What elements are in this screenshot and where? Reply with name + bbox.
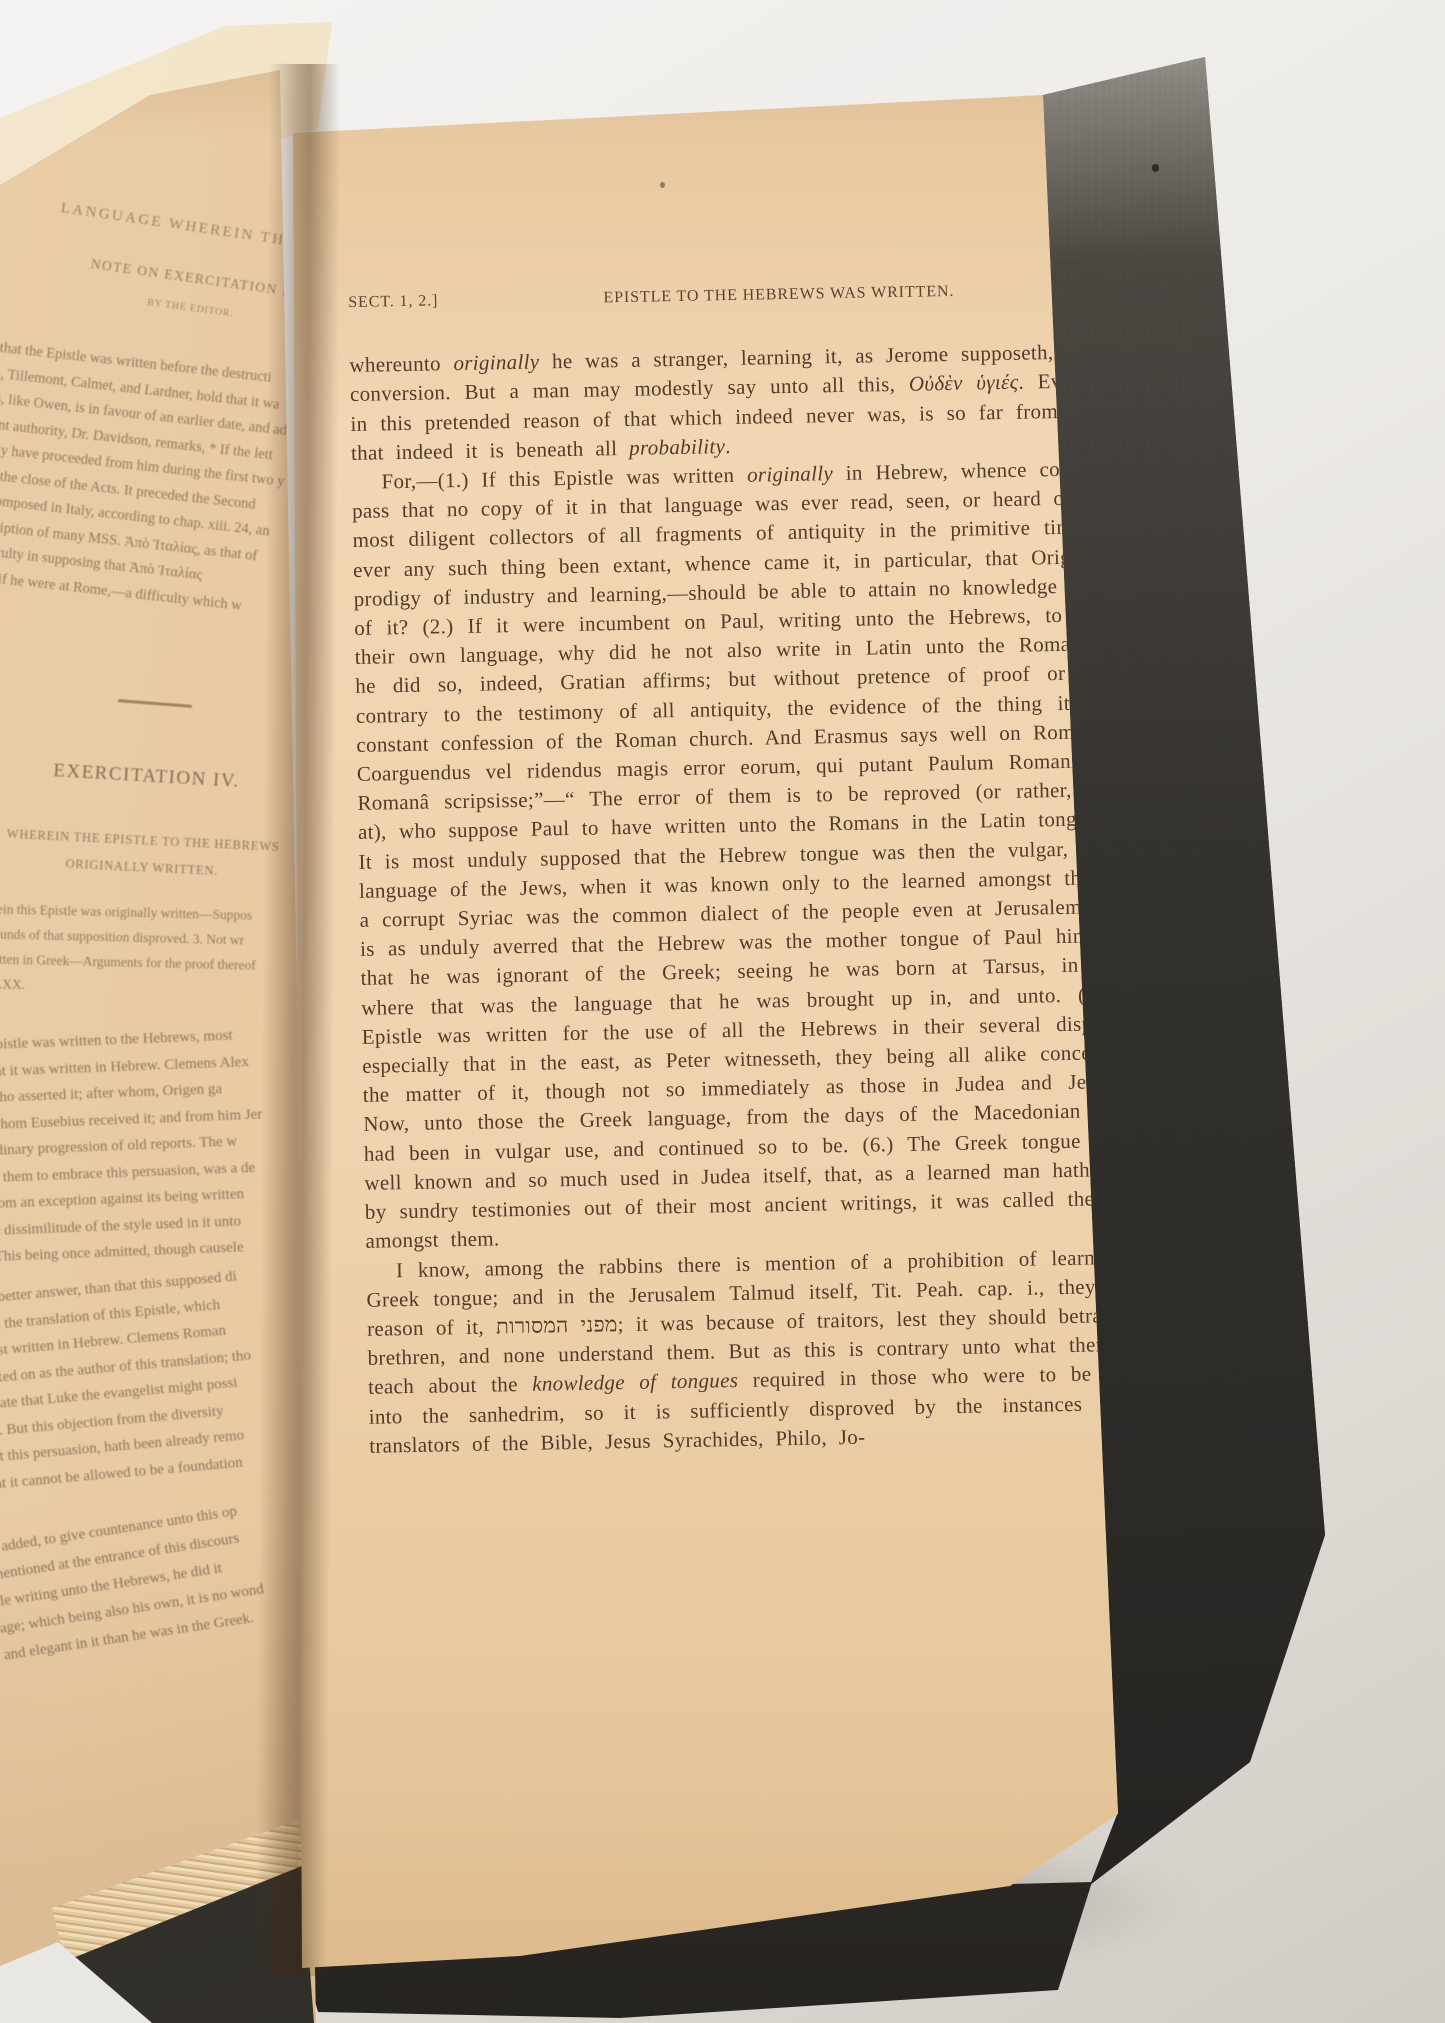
text-line: d them to embrace this persuasion, was a… xyxy=(0,1154,265,1191)
text-line: ings, like Owen, is in favour of an earl… xyxy=(0,385,291,445)
text-line: he LXX. xyxy=(0,971,255,1003)
paragraph: For,—(1.) If this Epistle was written or… xyxy=(351,453,1163,1256)
left-note-byline: BY THE EDITOR. xyxy=(147,298,234,319)
text-line: tle writing unto the Hebrews, he did it xyxy=(0,1550,262,1617)
text-line: rdinary progression of old reports. The … xyxy=(0,1127,264,1164)
text-line: whom Eusebius received it; and from him … xyxy=(0,1101,263,1138)
text-line: at it cannot be allowed to be a foundati… xyxy=(0,1448,261,1498)
left-body-text-lower: no better answer, than that this suppose… xyxy=(0,1263,261,1497)
text-line: ose composed in Italy, according to chap… xyxy=(0,486,280,546)
left-exercitation-heading: EXERCITATION IV. xyxy=(53,760,241,793)
text-line: This being once admitted, though causele xyxy=(0,1233,268,1270)
text-line: ed at the close of the Acts. It preceded… xyxy=(0,461,283,521)
text-line: mentioned at the entrance of this discou… xyxy=(0,1523,258,1590)
text-line: d only have proceeded from him during th… xyxy=(0,435,286,495)
text-line: e dissimilitude of the style used in it … xyxy=(0,1207,267,1244)
text-line: om the translation of this Epistle, whic… xyxy=(0,1289,247,1339)
paper-fleck xyxy=(1152,164,1159,172)
paper-fleck xyxy=(660,182,665,188)
left-closing-text: is added, to give countenance unto this … xyxy=(0,1496,270,1669)
running-title: EPISTLE TO THE HEBREWS WAS WRITTEN. xyxy=(438,274,1120,316)
left-exercitation-subtitle: WHEREIN THE EPISTLE TO THE HEBREWSORIGIN… xyxy=(0,820,294,889)
text-line: at this persuasion, hath been already re… xyxy=(0,1421,259,1471)
book-photo: LANGUAGE WHEREIN THE NOTE ON EXERCITATIO… xyxy=(0,0,1445,2023)
text-line: Epistle was written to the Hebrews, most xyxy=(0,1022,260,1059)
paragraph: I know, among the rabbins there is menti… xyxy=(366,1242,1168,1461)
left-body-text-upper: Epistle was written to the Hebrews, most… xyxy=(0,1022,268,1271)
section-rule xyxy=(118,699,192,708)
text-line: herein this Epistle was originally writt… xyxy=(0,896,257,928)
text-line: subscription of many MSS. Ἀπὸ Ἰταλίας, a… xyxy=(0,511,277,571)
left-note-text: ed that the Epistle was written before t… xyxy=(0,334,297,622)
text-line: a difficulty in supposing that Ἀπὸ Ἰταλί… xyxy=(0,537,275,597)
text-line: is added, to give countenance unto this … xyxy=(0,1496,254,1563)
text-line: WHEREIN THE EPISTLE TO THE HEBREWS xyxy=(0,820,294,862)
text-line: stin, Tillemont, Calmet, and Lardner, ho… xyxy=(0,359,294,419)
text-line: author if he were at Rome,—a difficulty … xyxy=(0,562,272,622)
section-label: SECT. 1, 2.] xyxy=(348,286,439,317)
text-line: ORIGINALLY WRITTEN. xyxy=(0,847,292,889)
text-line: age; which being also his own, it is no … xyxy=(0,1576,266,1643)
page-header: SECT. 1, 2.] EPISTLE TO THE HEBREWS WAS … xyxy=(348,273,1146,317)
text-line: Written in Greek—Arguments for the proof… xyxy=(0,946,256,978)
text-line: ed that the Epistle was written before t… xyxy=(0,334,297,394)
text-line: Grounds of that supposition disproved. 3… xyxy=(0,921,257,953)
left-summary-text: herein this Epistle was originally writt… xyxy=(0,896,257,1003)
text-line: who asserted it; after whom, Origen ga xyxy=(0,1074,262,1111)
text-line: no better answer, than that this suppose… xyxy=(0,1263,245,1313)
text-line: and elegant in it than he was in the Gre… xyxy=(2,1603,270,1670)
body-text: whereunto originally he was a stranger, … xyxy=(349,337,1167,1461)
text-line: mate that Luke the evangelist might poss… xyxy=(0,1368,254,1418)
text-line: rom an exception against its being writt… xyxy=(0,1180,266,1217)
text-line: recent authority, Dr. Davidson, remarks,… xyxy=(0,410,289,470)
text-line: fixed on as the author of this translati… xyxy=(0,1342,252,1392)
text-line: first written in Hebrew. Clemens Roman xyxy=(0,1316,250,1366)
text-line: it. But this objection from the diversit… xyxy=(0,1395,257,1445)
left-running-header: LANGUAGE WHEREIN THE xyxy=(60,200,299,251)
gutter-shadow xyxy=(255,64,340,1976)
paragraph: whereunto originally he was a stranger, … xyxy=(349,337,1149,468)
text-line: hat it was written in Hebrew. Clemens Al… xyxy=(0,1048,261,1085)
right-page-text: SECT. 1, 2.] EPISTLE TO THE HEBREWS WAS … xyxy=(348,273,1167,1460)
